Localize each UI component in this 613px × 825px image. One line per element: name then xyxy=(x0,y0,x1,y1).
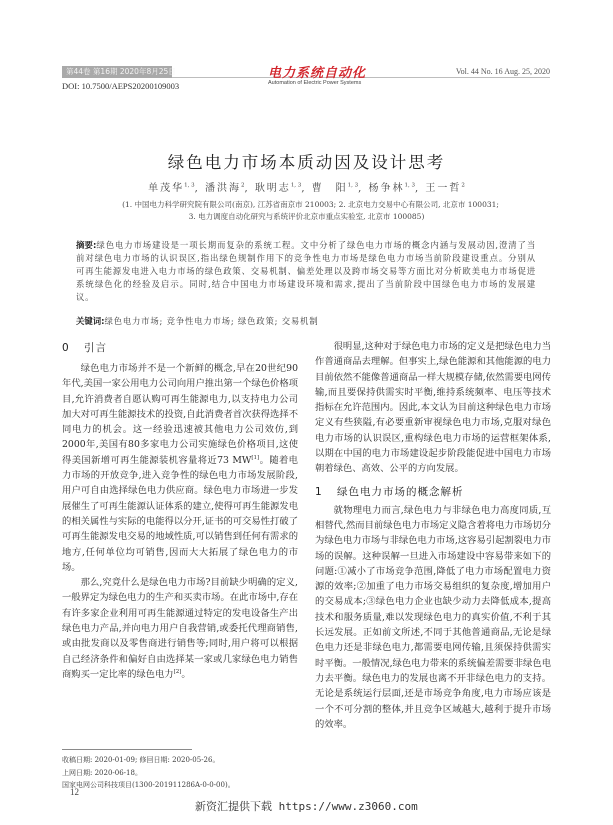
journal-logo-en: Automation of Electric Power Systems xyxy=(268,80,361,86)
paragraph: 绿色电力市场并不是一个新鲜的概念,早在20世纪90年代,美国一家公用电力公司向用… xyxy=(62,361,298,575)
section-heading-introduction: 0引言 xyxy=(62,337,107,359)
right-column: 很明显,这种对于绿色电力市场的定义是把绿色电力当作普通商品去理解。但事实上,绿色… xyxy=(315,339,551,732)
author: 单茂华 xyxy=(148,183,184,194)
section-heading-concept: 1绿色电力市场的概念解析 xyxy=(315,481,551,503)
keywords-text: 绿色电力市场; 竞争性电力市场; 绿色政策; 交易机制 xyxy=(104,316,318,326)
section-title: 绿色电力市场的概念解析 xyxy=(337,486,464,498)
doi: DOI: 10.7500/AEPS20200109003 xyxy=(62,81,179,91)
author-affiliation-mark: 2 xyxy=(241,183,245,189)
affiliations-line-1: (1. 中国电力科学研究院有限公司(南京), 江苏省南京市 210003; 2.… xyxy=(4,199,613,210)
paragraph-text: 绿色电力市场并不是一个新鲜的概念,早在20世纪90年代,美国一家公用电力公司向用… xyxy=(62,363,298,466)
paragraph-text: 那么,究竟什么是绿色电力市场?目前缺少明确的定义,一般界定为绿色电力的生产和买卖… xyxy=(62,577,298,680)
abstract-label: 摘要: xyxy=(76,240,96,250)
paragraph: 很明显,这种对于绿色电力市场的定义是把绿色电力当作普通商品去理解。但事实上,绿色… xyxy=(315,339,551,477)
abstract-text: 绿色电力市场建设是一项长期而复杂的系统工程。文中分析了绿色电力市场的概念内涵与发… xyxy=(76,240,536,302)
keywords: 关键词:绿色电力市场; 竞争性电力市场; 绿色政策; 交易机制 xyxy=(76,315,536,327)
received-date: 收稿日期: 2020-01-09; 修回日期: 2020-05-26。 xyxy=(62,754,235,767)
author-affiliation-mark: 1, 3 xyxy=(405,183,416,189)
paragraph-text: 。随着电力市场的开放竞争,进入竞争性的绿色电力市场发展阶段,用户可自由选择绿色电… xyxy=(62,455,298,573)
online-date: 上网日期: 2020-06-18。 xyxy=(62,767,235,780)
article-title: 绿色电力市场本质动因及设计思考 xyxy=(0,149,613,173)
volume-info: Vol. 44 No. 16 Aug. 25, 2020 xyxy=(456,67,550,76)
author-affiliation-mark: 1, 3 xyxy=(184,183,195,189)
affiliations-line-2: 3. 电力调度自动化研究与系统评价北京市重点实验室, 北京市 100085) xyxy=(0,211,613,222)
paragraph: 就物理电力而言,绿色电力与非绿色电力高度同质,互相替代,然而目前绿色电力市场定义… xyxy=(315,503,551,732)
author: 耿明志 xyxy=(255,183,291,194)
paragraph-text: 。 xyxy=(181,669,190,680)
section-title: 引言 xyxy=(84,342,107,354)
page-number: 12 xyxy=(70,787,79,797)
section-number: 1 xyxy=(315,481,337,503)
journal-logo-cn: 电力系统自动化 xyxy=(268,62,366,81)
footnotes: 收稿日期: 2020-01-09; 修回日期: 2020-05-26。 上网日期… xyxy=(62,754,235,792)
journal-header: 第44卷 第16期 2020年8月25日 DOI: 10.7500/AEPS20… xyxy=(62,66,550,96)
paragraph: 那么,究竟什么是绿色电力市场?目前缺少明确的定义,一般界定为绿色电力的生产和买卖… xyxy=(62,575,298,682)
footnote-divider xyxy=(62,749,192,750)
author-affiliation-mark: 2 xyxy=(461,183,465,189)
issue-badge: 第44卷 第16期 2020年8月25日 xyxy=(62,66,172,78)
author-affiliation-mark: 1, 3 xyxy=(348,183,359,189)
author: 杨争林 xyxy=(369,183,405,194)
left-column: 绿色电力市场并不是一个新鲜的概念,早在20世纪90年代,美国一家公用电力公司向用… xyxy=(62,361,298,682)
abstract: 摘要:绿色电力市场建设是一项长期而复杂的系统工程。文中分析了绿色电力市场的概念内… xyxy=(76,239,536,304)
author: 曹 阳 xyxy=(312,183,348,194)
fund-info: 国家电网公司科技项目(1300-201911286A-0-0-00)。 xyxy=(62,779,235,792)
download-watermark: 新资汇提供下载 https://www.z3060.com xyxy=(195,798,418,814)
author-affiliation-mark: 1, 3 xyxy=(291,183,302,189)
section-number: 0 xyxy=(62,337,84,359)
author-list: 单茂华1, 3, 潘洪海2, 耿明志1, 3, 曹 阳1, 3, 杨争林1, 3… xyxy=(0,179,613,194)
keywords-label: 关键词: xyxy=(76,316,104,326)
author: 王一哲 xyxy=(425,183,461,194)
author: 潘洪海 xyxy=(205,183,241,194)
